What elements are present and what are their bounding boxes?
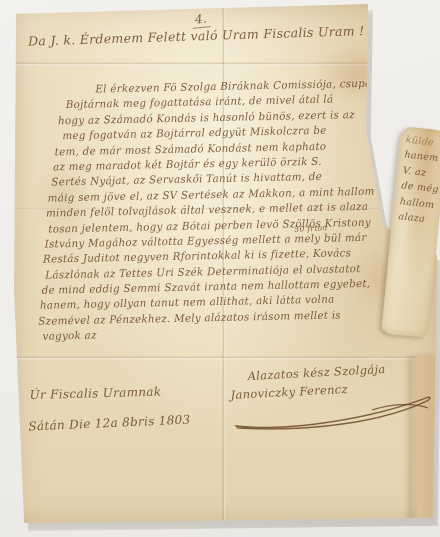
fold-crease-horizontal-upper — [14, 62, 437, 66]
addressee-line: Úr Fiscalis Uramnak — [29, 384, 189, 402]
fold-crease-horizontal-lower — [14, 356, 437, 360]
signature-paraph-flourish — [222, 388, 440, 434]
paper-sheet: 4. Da J. k. Érdemem Felett való Uram Fis… — [14, 4, 437, 523]
page-number: 4. — [191, 11, 211, 29]
address-block: Úr Fiscalis Uramnak Sátán Die 12a 8bris … — [29, 384, 190, 432]
interlinear-insertion: 50 frton — [294, 223, 328, 234]
letter-photo: 4. Da J. k. Érdemem Felett való Uram Fis… — [0, 0, 440, 537]
letter-body: El érkezven Fö Szolga Biráknak Comissiój… — [39, 76, 396, 345]
